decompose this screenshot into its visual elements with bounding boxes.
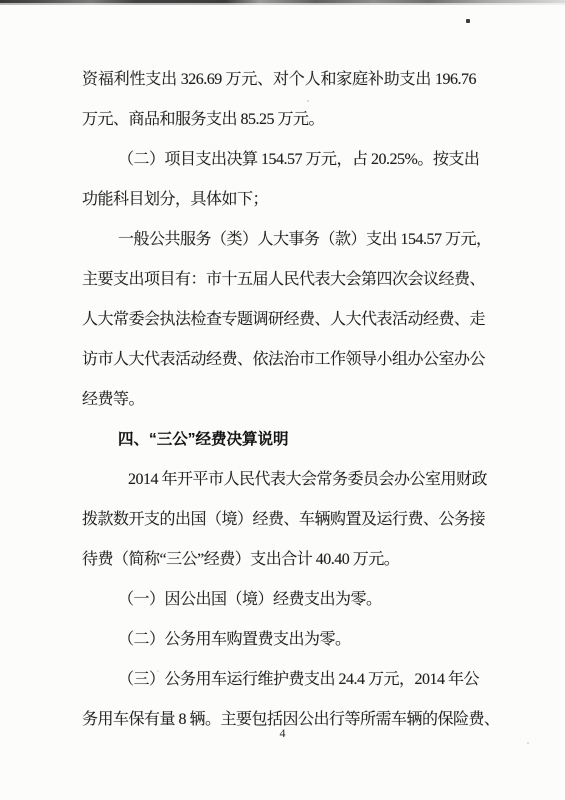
text-line: 访市人大代表活动经费、依法治市工作领导小组办公室办公: [82, 340, 476, 380]
text-line: 经费等。: [82, 380, 476, 420]
text-line: 一般公共服务（类）人大事务（款）支出 154.57 万元，: [82, 220, 476, 260]
text-line: （三）公务用车运行维护费支出 24.4 万元，2014 年公: [82, 660, 476, 700]
text-line: 待费（简称“三公”经费）支出合计 40.40 万元。: [82, 540, 476, 580]
text-line: 功能科目划分，具体如下；: [82, 180, 476, 220]
section-heading: 四、“三公”经费决算说明: [82, 420, 476, 460]
text-line: 拨款数开支的出国（境）经费、车辆购置及运行费、公务接: [82, 500, 476, 540]
scan-edge-artifact-fade: [0, 3, 565, 5]
document-body: 资福利性支出 326.69 万元、对个人和家庭补助支出 196.76 万元、商品…: [82, 60, 476, 740]
text-line: （二）公务用车购置费支出为零。: [82, 620, 476, 660]
text-line: （一）因公出国（境）经费支出为零。: [82, 580, 476, 620]
text-line: （二）项目支出决算 154.57 万元，占 20.25%。按支出: [82, 140, 476, 180]
text-line: 主要支出项目有：市十五届人民代表大会第四次会议经费、: [82, 260, 476, 300]
text-line: 人大常委会执法检查专题调研经费、人大代表活动经费、走: [82, 300, 476, 340]
page-number: 4: [0, 726, 565, 740]
scan-speck: [466, 19, 470, 23]
text-line: 资福利性支出 326.69 万元、对个人和家庭补助支出 196.76: [82, 60, 476, 100]
text-line: 万元、商品和服务支出 85.25 万元。: [82, 100, 476, 140]
scanned-document-page: 资福利性支出 326.69 万元、对个人和家庭补助支出 196.76 万元、商品…: [0, 0, 565, 800]
text-line: 2014 年开平市人民代表大会常务委员会办公室用财政: [82, 460, 476, 500]
